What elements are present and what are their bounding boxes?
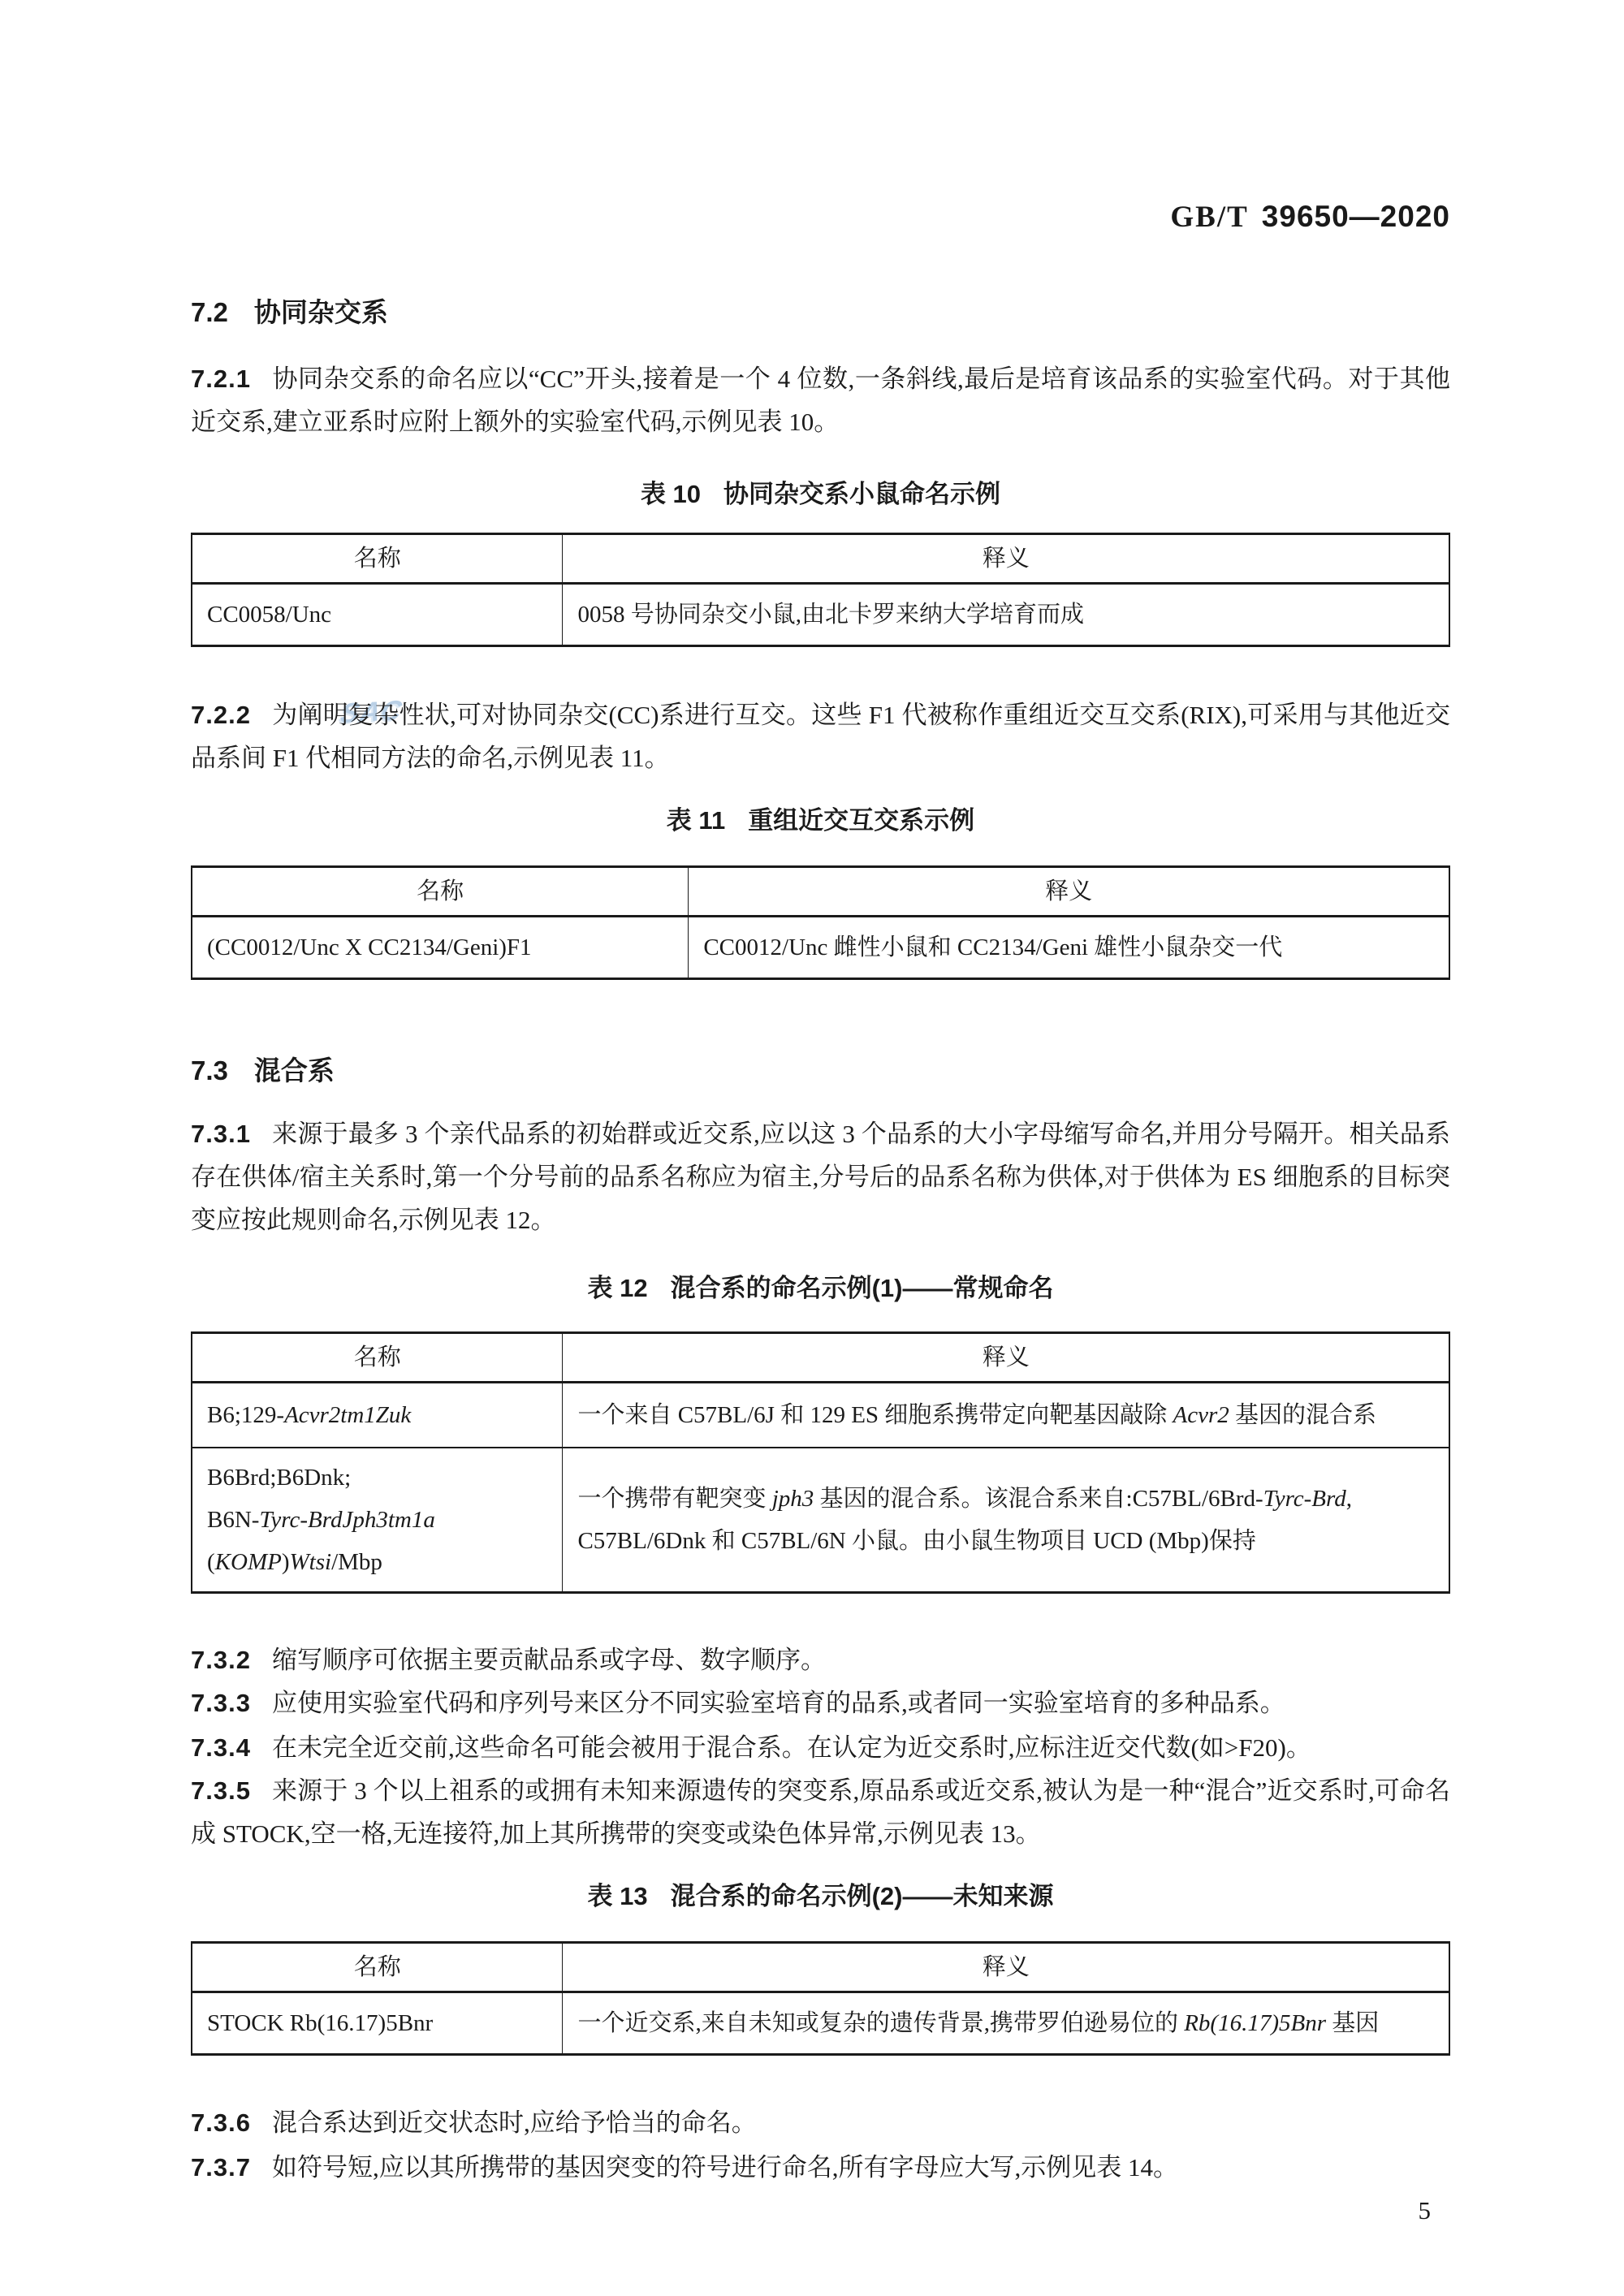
- clause-number: 7.2.1: [191, 365, 251, 393]
- section-title: 混合系: [254, 1055, 335, 1085]
- table-header-row: 名称 释义: [192, 534, 1449, 584]
- clause-7-3-1: 7.3.1来源于最多 3 个亲代品系的初始群或近交系,应以这 3 个品系的大小字…: [191, 1112, 1450, 1241]
- clause-7-3-7: 7.3.7如符号短,应以其所携带的基因突变的符号进行命名,所有字母应大写,示例见…: [191, 2146, 1450, 2189]
- table-label: 表 13: [588, 1882, 648, 1910]
- clause-7-3-3: 7.3.3应使用实验室代码和序列号来区分不同实验室培育的品系,或者同一实验室培育…: [191, 1681, 1450, 1724]
- clause-text: 来源于最多 3 个亲代品系的初始群或近交系,应以这 3 个品系的大小字母缩写命名…: [191, 1120, 1450, 1234]
- cell-strain-name: (CC0012/Unc X CC2134/Geni)F1: [192, 917, 689, 979]
- page-content: 7.2协同杂交系 7.2.1协同杂交系的命名应以“CC”开头,接着是一个 4 位…: [191, 0, 1450, 2232]
- clause-text: 应使用实验室代码和序列号来区分不同实验室培育的品系,或者同一实验室培育的多种品系…: [272, 1689, 1285, 1717]
- cell-definition: 0058 号协同杂交小鼠,由北卡罗来纳大学培育而成: [563, 584, 1449, 646]
- table-header-row: 名称 释义: [192, 1333, 1449, 1383]
- section-heading-7-3: 7.3混合系: [191, 1053, 1450, 1089]
- table-title: 协同杂交系小鼠命名示例: [723, 480, 1000, 508]
- clause-7-3-4: 7.3.4在未完全近交前,这些命名可能会被用于混合系。在认定为近交系时,应标注近…: [191, 1726, 1450, 1769]
- table-13-caption: 表 13混合系的命名示例(2)——未知来源: [191, 1879, 1450, 1914]
- section-title: 协同杂交系: [254, 297, 388, 327]
- column-header-name: 名称: [192, 534, 563, 584]
- cell-strain-name: STOCK Rb(16.17)5Bnr: [192, 1992, 563, 2055]
- clause-number: 7.3.3: [191, 1689, 251, 1717]
- clause-text: 缩写顺序可依据主要贡献品系或字母、数字顺序。: [272, 1646, 826, 1674]
- table-title: 混合系的命名示例(1)——常规命名: [671, 1274, 1054, 1302]
- clause-number: 7.3.1: [191, 1120, 251, 1148]
- table-13: 名称 释义 STOCK Rb(16.17)5Bnr 一个近交系,来自未知或复杂的…: [191, 1941, 1450, 2056]
- table-12: 名称 释义 B6;129-Acvr2tm1Zuk 一个来自 C57BL/6J 和…: [191, 1331, 1450, 1594]
- clause-text: 在未完全近交前,这些命名可能会被用于混合系。在认定为近交系时,应标注近交代数(如…: [272, 1733, 1311, 1762]
- clause-number: 7.3.5: [191, 1776, 251, 1805]
- table-10: 名称 释义 CC0058/Unc 0058 号协同杂交小鼠,由北卡罗来纳大学培育…: [191, 533, 1450, 647]
- table-label: 表 10: [641, 480, 701, 508]
- clause-number: 7.3.7: [191, 2153, 251, 2182]
- table-10-caption: 表 10协同杂交系小鼠命名示例: [191, 477, 1450, 512]
- cell-definition: 一个近交系,来自未知或复杂的遗传背景,携带罗伯逊易位的 Rb(16.17)5Bn…: [563, 1992, 1449, 2055]
- clause-number: 7.3.6: [191, 2108, 251, 2137]
- clause-7-3-5: 7.3.5来源于 3 个以上祖系的或拥有未知来源遗传的突变系,原品系或近交系,被…: [191, 1769, 1450, 1855]
- table-title: 混合系的命名示例(2)——未知来源: [671, 1882, 1054, 1910]
- cell-definition: 一个携带有靶突变 jph3 基因的混合系。该混合系来自:C57BL/6Brd-T…: [563, 1448, 1449, 1593]
- clause-text: 为阐明复杂性状,可对协同杂交(CC)系进行互交。这些 F1 代被称作重组近交互交…: [191, 701, 1450, 772]
- cell-strain-name: B6Brd;B6Dnk;B6N-Tyrc-BrdJph3tm1a(KOMP)Wt…: [192, 1448, 563, 1593]
- clause-7-3-6: 7.3.6混合系达到近交状态时,应给予恰当的命名。: [191, 2101, 1450, 2144]
- clause-text: 协同杂交系的命名应以“CC”开头,接着是一个 4 位数,一条斜线,最后是培育该品…: [191, 365, 1450, 436]
- table-row: B6;129-Acvr2tm1Zuk 一个来自 C57BL/6J 和 129 E…: [192, 1383, 1449, 1448]
- clause-number: 7.2.2: [191, 701, 251, 729]
- clause-text: 如符号短,应以其所携带的基因突变的符号进行命名,所有字母应大写,示例见表 14。: [272, 2153, 1178, 2182]
- clause-7-3-2: 7.3.2缩写顺序可依据主要贡献品系或字母、数字顺序。: [191, 1638, 1450, 1681]
- table-row: (CC0012/Unc X CC2134/Geni)F1 CC0012/Unc …: [192, 917, 1449, 979]
- table-11-caption: 表 11重组近交互交系示例: [191, 803, 1450, 839]
- table-label: 表 11: [667, 806, 725, 835]
- column-header-definition: 释义: [689, 867, 1449, 917]
- table-label: 表 12: [588, 1274, 648, 1302]
- table-row: STOCK Rb(16.17)5Bnr 一个近交系,来自未知或复杂的遗传背景,携…: [192, 1992, 1449, 2055]
- clause-number: 7.3.4: [191, 1733, 251, 1762]
- section-heading-7-2: 7.2协同杂交系: [191, 295, 1450, 330]
- clause-7-2-1: 7.2.1协同杂交系的命名应以“CC”开头,接着是一个 4 位数,一条斜线,最后…: [191, 357, 1450, 443]
- cell-strain-name: CC0058/Unc: [192, 584, 563, 646]
- column-header-definition: 释义: [563, 1333, 1449, 1383]
- cell-definition: 一个来自 C57BL/6J 和 129 ES 细胞系携带定向靶基因敲除 Acvr…: [563, 1383, 1449, 1448]
- column-header-definition: 释义: [563, 534, 1449, 584]
- table-title: 重组近交互交系示例: [748, 806, 974, 835]
- page-number: 5: [191, 2189, 1450, 2232]
- section-number: 7.3: [191, 1055, 228, 1085]
- clause-7-2-2: 7.2.2为阐明复杂性状,可对协同杂交(CC)系进行互交。这些 F1 代被称作重…: [191, 693, 1450, 779]
- table-11: 名称 释义 (CC0012/Unc X CC2134/Geni)F1 CC001…: [191, 865, 1450, 980]
- table-header-row: 名称 释义: [192, 867, 1449, 917]
- table-header-row: 名称 释义: [192, 1943, 1449, 1992]
- column-header-name: 名称: [192, 867, 689, 917]
- section-number: 7.2: [191, 297, 228, 327]
- table-row: CC0058/Unc 0058 号协同杂交小鼠,由北卡罗来纳大学培育而成: [192, 584, 1449, 646]
- clause-text: 来源于 3 个以上祖系的或拥有未知来源遗传的突变系,原品系或近交系,被认为是一种…: [191, 1776, 1450, 1848]
- standard-document-page: GB/T39650—2020 SAC 7.2协同杂交系 7.2.1协同杂交系的命…: [0, 0, 1624, 2296]
- table-12-caption: 表 12混合系的命名示例(1)——常规命名: [191, 1271, 1450, 1306]
- cell-strain-name: B6;129-Acvr2tm1Zuk: [192, 1383, 563, 1448]
- clause-number: 7.3.2: [191, 1646, 251, 1674]
- column-header-definition: 释义: [563, 1943, 1449, 1992]
- column-header-name: 名称: [192, 1943, 563, 1992]
- clause-text: 混合系达到近交状态时,应给予恰当的命名。: [272, 2108, 757, 2137]
- table-row: B6Brd;B6Dnk;B6N-Tyrc-BrdJph3tm1a(KOMP)Wt…: [192, 1448, 1449, 1593]
- cell-definition: CC0012/Unc 雌性小鼠和 CC2134/Geni 雄性小鼠杂交一代: [689, 917, 1449, 979]
- column-header-name: 名称: [192, 1333, 563, 1383]
